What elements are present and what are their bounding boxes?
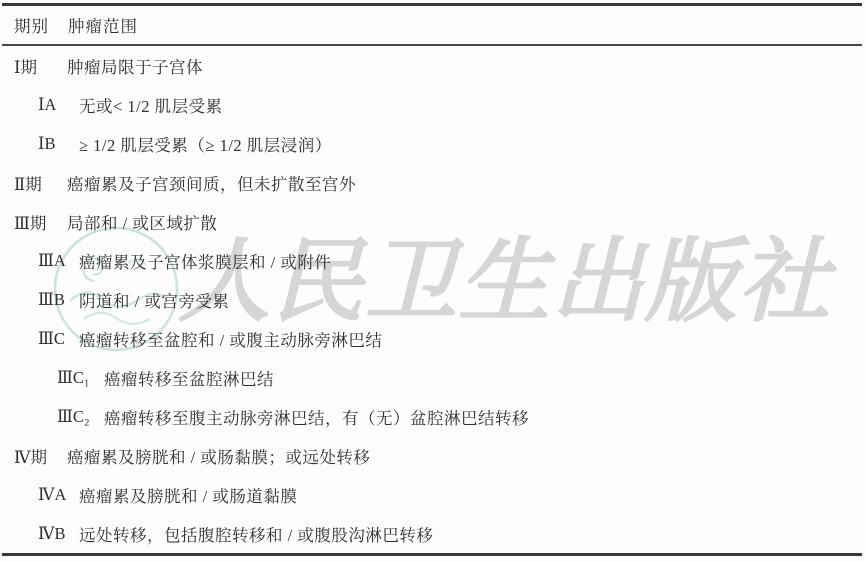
table-row: Ⅳ期 癌瘤累及膀胱和 / 或肠黏膜；或远处转移 [0, 436, 865, 475]
table-row: ⅠA 无或< 1/2 肌层受累 [0, 85, 865, 124]
stage-description: 阴道和 / 或宫旁受累 [79, 288, 229, 312]
stage-description: 癌瘤转移至盆腔和 / 或腹主动脉旁淋巴结 [79, 327, 382, 351]
table-row: ⅢC₂ 癌瘤转移至腹主动脉旁淋巴结，有（无）盆腔淋巴结转移 [0, 397, 865, 436]
header-separator-rule [2, 44, 862, 46]
column-header-stage: 期别 [14, 13, 49, 37]
table-row: ⅣB 远处转移，包括腹腔转移和 / 或腹股沟淋巴转移 [0, 514, 865, 553]
table-body: Ⅰ期 肿瘤局限于子宫体 ⅠA 无或< 1/2 肌层受累 ⅠB ≥ 1/2 肌层受… [0, 46, 865, 553]
stage-description: 癌瘤累及膀胱和 / 或肠道黏膜 [79, 483, 297, 507]
table-row: ⅢA 癌瘤累及子宫体浆膜层和 / 或附件 [0, 241, 865, 280]
table-row: ⅢB 阴道和 / 或宫旁受累 [0, 280, 865, 319]
table-header-row: 期别 肿瘤范围 [0, 6, 865, 44]
stage-label: Ⅳ期 [14, 444, 67, 468]
table-row: ⅣA 癌瘤累及膀胱和 / 或肠道黏膜 [0, 475, 865, 514]
table-top-rule [2, 3, 862, 6]
table-row: Ⅰ期 肿瘤局限于子宫体 [0, 46, 865, 85]
stage-label: ⅢB [38, 290, 79, 310]
stage-description: 肿瘤局限于子宫体 [67, 54, 203, 78]
stage-label: ⅢA [38, 251, 79, 271]
stage-description: 远处转移，包括腹腔转移和 / 或腹股沟淋巴转移 [79, 522, 433, 546]
column-header-tumor-extent: 肿瘤范围 [68, 13, 138, 37]
stage-description: 癌瘤累及膀胱和 / 或肠黏膜；或远处转移 [67, 444, 370, 468]
stage-label: Ⅱ期 [14, 171, 67, 195]
stage-label: ⅢC₁ [57, 368, 104, 388]
table-row: Ⅲ期 局部和 / 或区域扩散 [0, 202, 865, 241]
stage-label: Ⅲ期 [14, 210, 67, 234]
stage-label: ⅣB [38, 524, 79, 544]
stage-description: 局部和 / 或区域扩散 [67, 210, 217, 234]
stage-description: 癌瘤累及子宫体浆膜层和 / 或附件 [79, 249, 331, 273]
staging-table-page: 人民卫生出版社 期别 肿瘤范围 Ⅰ期 肿瘤局限于子宫体 ⅠA 无或< 1/2 肌… [0, 0, 865, 561]
stage-label: Ⅰ期 [14, 54, 67, 78]
stage-description: 无或< 1/2 肌层受累 [79, 93, 223, 117]
table-bottom-rule [2, 553, 862, 556]
table-row: ⅠB ≥ 1/2 肌层受累（≥ 1/2 肌层浸润） [0, 124, 865, 163]
table-row: ⅢC₁ 癌瘤转移至盆腔淋巴结 [0, 358, 865, 397]
stage-label: ⅠB [38, 134, 79, 154]
stage-label: ⅠA [38, 95, 79, 115]
table-row: ⅢC 癌瘤转移至盆腔和 / 或腹主动脉旁淋巴结 [0, 319, 865, 358]
stage-label: ⅣA [38, 485, 79, 505]
stage-description: ≥ 1/2 肌层受累（≥ 1/2 肌层浸润） [79, 132, 332, 156]
table-row: Ⅱ期 癌瘤累及子宫颈间质，但未扩散至宫外 [0, 163, 865, 202]
stage-description: 癌瘤累及子宫颈间质，但未扩散至宫外 [67, 171, 356, 195]
stage-label: ⅢC₂ [57, 407, 104, 427]
stage-label: ⅢC [38, 329, 79, 349]
stage-description: 癌瘤转移至盆腔淋巴结 [104, 366, 274, 390]
stage-description: 癌瘤转移至腹主动脉旁淋巴结，有（无）盆腔淋巴结转移 [104, 405, 529, 429]
